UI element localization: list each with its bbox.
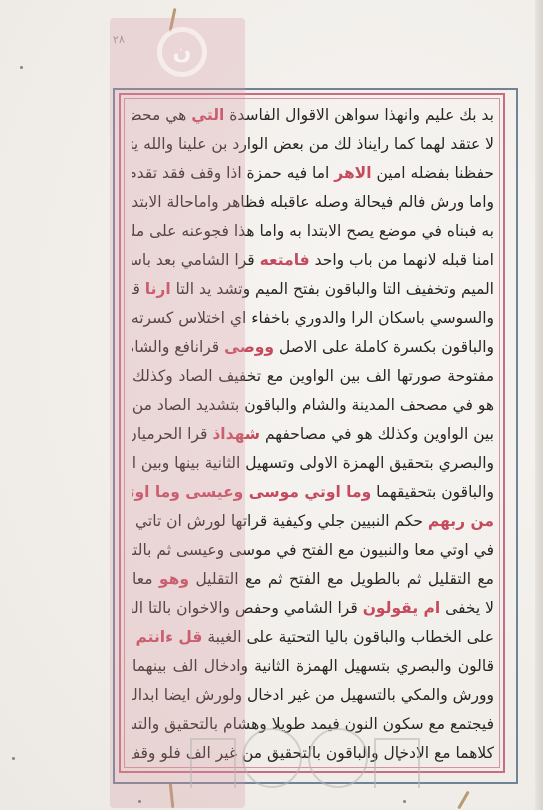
paper-speck [403,800,406,803]
rubric-word: ام يقولون [363,599,441,617]
rubric-word: وهو [159,570,189,588]
text-line: لا يخفى ام يقولون قرا الشامي وحفص والاخو… [132,597,494,619]
manuscript-text-block: بد بك عليم وانهذا سواهن الاقوال الفاسدة … [128,100,498,766]
text-line: على الخطاب والباقون باليا التحتية على ال… [132,626,494,648]
paper-speck [398,758,401,761]
text-line: الميم وتخفيف التا والباقون بفتح الميم وت… [132,278,494,300]
text-line: واما ورش فالم فيحالة وصله عاقبله فظاهر و… [132,191,494,213]
rubric-word: من ربهم [428,512,494,530]
rubric-word: الاهر [334,164,371,182]
text-line: حفظنا بفضله امين الاهر اما فيه حمزة اذا … [132,162,494,184]
page-edge-shadow [535,0,543,810]
text-line: هو في مصحف المدينة والشام والباقون بتشدي… [132,394,494,416]
rubric-word: ووصى [224,338,274,356]
text-line: مفتوحة صورتها الف بين الواوين مع تخفيف ا… [132,365,494,387]
text-line: والسوسي باسكان الرا والدوري باخفاء اي اخ… [132,307,494,329]
text-line: والباقون بكسرة كاملة على الاصل ووصى قران… [132,336,494,358]
text-line: في اوتي معا والنبيون مع الفتح في موسى وع… [132,539,494,561]
text-line: من ربهم حكم النبيين جلي وكيفية قراتها لو… [132,510,494,532]
text-line: بد بك عليم وانهذا سواهن الاقوال الفاسدة … [132,104,494,126]
text-line: امنا قبله لانهما من باب واحد فامتعه قرا … [132,249,494,271]
rubric-word: شهداذ [212,425,260,443]
text-line: فيجتمع مع سكون النون فيمد طويلا وهشام با… [132,713,494,735]
rubric-word: التي [191,106,224,124]
text-line: كلاهما مع الادخال والباقون بالتحقيق من غ… [132,742,494,764]
text-line: والباقون بتحقيقهما وما اوتي موسى وعيسى و… [132,481,494,503]
rubric-word: وما اوتي موسى وعيسى وما اوتي النبيون [132,483,371,501]
folio-number: ٢٨ [113,31,154,47]
text-line: بين الواوين وكذلك هو في مصاحفهم شهداذ قر… [132,423,494,445]
text-line: وورش والمكي بالتسهيل من غير ادخال ولورش … [132,684,494,706]
text-line: مع التقليل ثم بالطويل مع الفتح ثم مع الت… [132,568,494,590]
rubric-word: فامتعه [260,251,310,269]
paper-speck [138,800,141,803]
text-line: به فبناه في موضع يصح الابتدا به واما هذا… [132,220,494,242]
watermark-logo-icon: ن [157,27,207,77]
rubric-word: قل ءانتم [136,628,203,646]
text-line: والبصري بتحقيق الهمزة الاولى وتسهيل الثا… [132,452,494,474]
paper-speck [12,757,15,760]
text-line: لا عتقد لهما كما رايناذ لك من بعض الوارد… [132,133,494,155]
text-line: قالون والبصري بتسهيل الهمزة الثانية وادخ… [132,655,494,677]
paper-speck [20,66,23,69]
rubric-word: ارنا [145,280,171,298]
